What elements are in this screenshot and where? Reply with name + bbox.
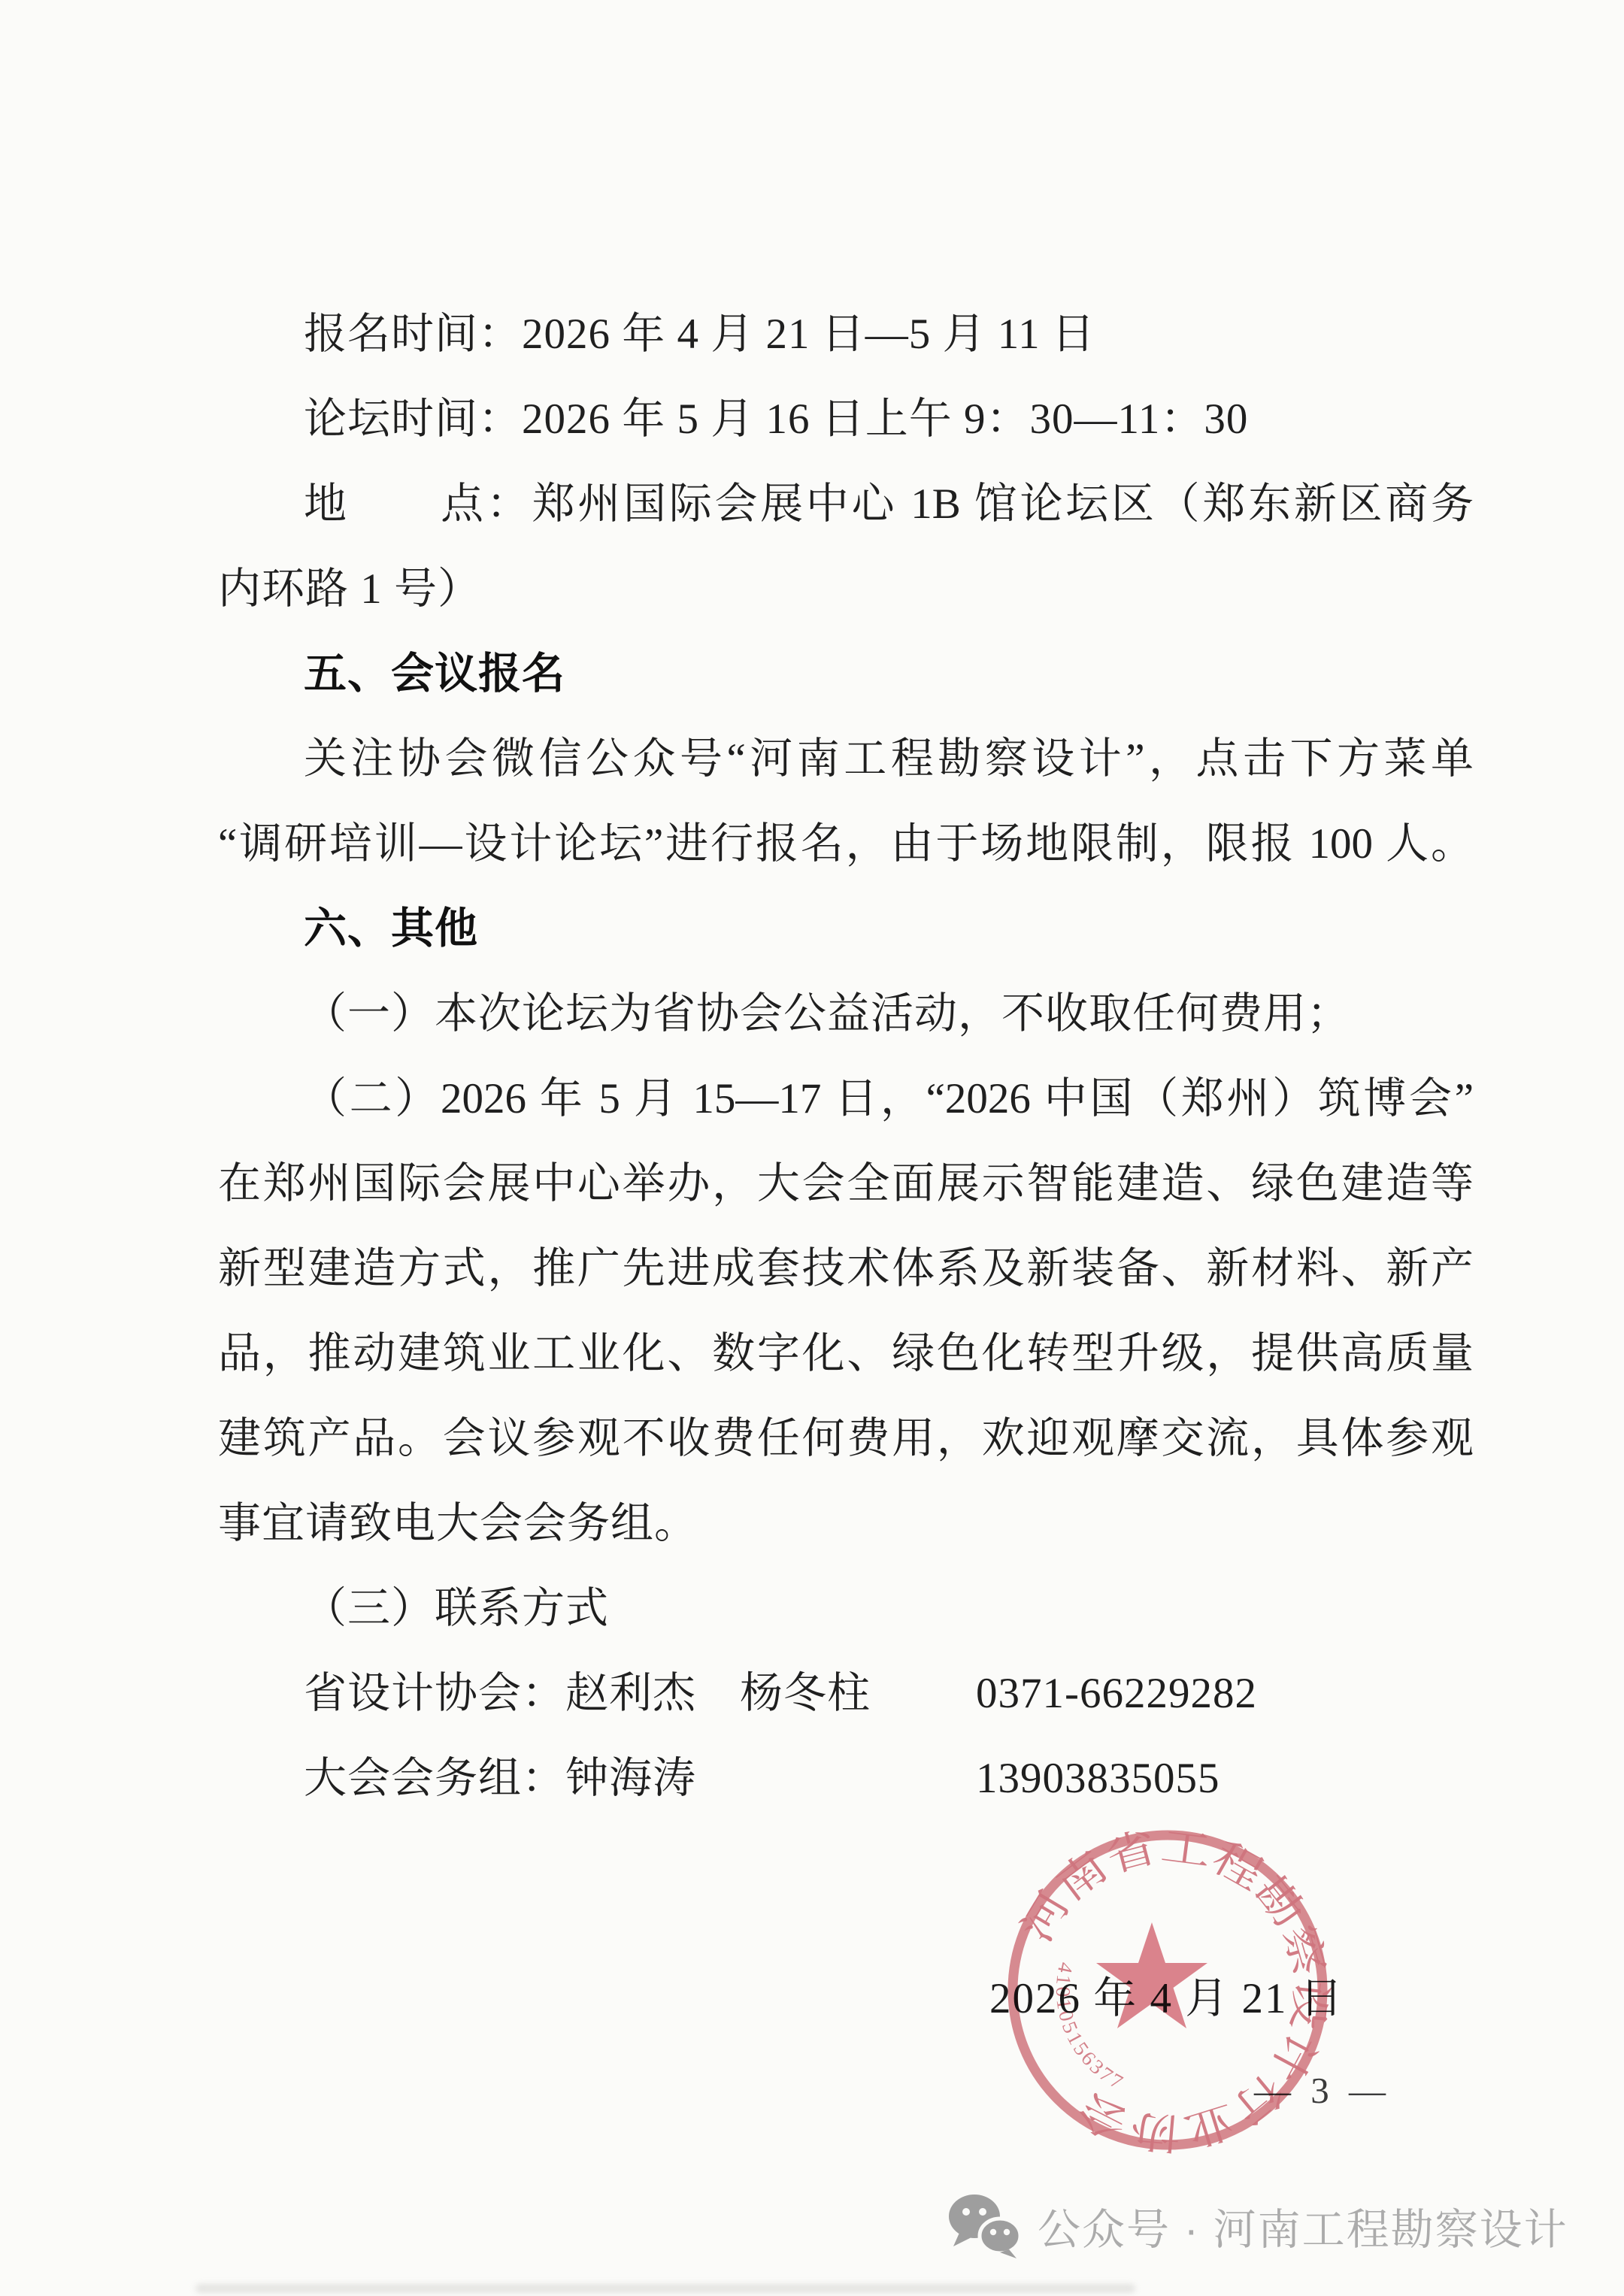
account-watermark: 公众号 · 河南工程勘察设计 <box>947 2192 1568 2260</box>
line-location-cont: 内环路 1 号） <box>218 547 1474 632</box>
line-other-item2: （二）2026 年 5 月 15—17 日，“2026 中国（郑州）筑博会” <box>218 1056 1474 1141</box>
line-other-item2-c4: 建筑产品。会议参观不收费任何费用，欢迎观摩交流，具体参观 <box>218 1396 1474 1481</box>
line-other-item1: （一）本次论坛为省协会公益活动，不收取任何费用； <box>218 971 1474 1056</box>
section-heading-contact: （三）联系方式 <box>218 1566 1474 1651</box>
contact-committee-phone: 13903835055 <box>976 1736 1220 1821</box>
line-registration-1: 关注协会微信公众号“河南工程勘察设计”，点击下方菜单 <box>218 716 1474 801</box>
contact-row-committee: 大会会务组：钟海涛 13903835055 <box>218 1736 1474 1821</box>
contact-committee-names: 大会会务组：钟海涛 <box>304 1755 696 1802</box>
scan-artifact <box>195 2284 1135 2293</box>
watermark-label: 公众号 · 河南工程勘察设计 <box>1038 2195 1568 2257</box>
contact-association-names: 省设计协会：赵利杰 杨冬柱 <box>304 1670 871 1717</box>
contact-association-phone: 0371-66229282 <box>976 1651 1257 1736</box>
wechat-icon <box>947 2192 1026 2260</box>
section-heading-other: 六、其他 <box>218 886 1474 971</box>
document-body: 报名时间：2026 年 4 月 21 日—5 月 11 日 论坛时间：2026 … <box>218 292 1474 1821</box>
line-forum-time: 论坛时间：2026 年 5 月 16 日上午 9：30—11：30 <box>218 377 1474 462</box>
signature-date: 2026 年 4 月 21 日 <box>989 1964 1344 2025</box>
line-other-item2-c5: 事宜请致电大会会务组。 <box>218 1481 1474 1566</box>
contact-row-association: 省设计协会：赵利杰 杨冬柱 0371-66229282 <box>218 1651 1474 1736</box>
line-registration-2: “调研培训—设计论坛”进行报名，由于场地限制，限报 100 人。 <box>218 801 1474 886</box>
line-location: 地 点：郑州国际会展中心 1B 馆论坛区（郑东新区商务 <box>218 462 1474 547</box>
line-other-item2-c2: 新型建造方式，推广先进成套技术体系及新装备、新材料、新产 <box>218 1226 1474 1311</box>
document-page: 报名时间：2026 年 4 月 21 日—5 月 11 日 论坛时间：2026 … <box>0 0 1624 2296</box>
line-signup-time: 报名时间：2026 年 4 月 21 日—5 月 11 日 <box>218 292 1474 377</box>
line-other-item2-c3: 品，推动建筑业工业化、数字化、绿色化转型升级，提供高质量 <box>218 1311 1474 1396</box>
line-other-item2-c1: 在郑州国际会展中心举办，大会全面展示智能建造、绿色建造等 <box>218 1141 1474 1226</box>
section-heading-registration: 五、会议报名 <box>218 632 1474 716</box>
page-number: — 3 — <box>1254 2069 1391 2112</box>
